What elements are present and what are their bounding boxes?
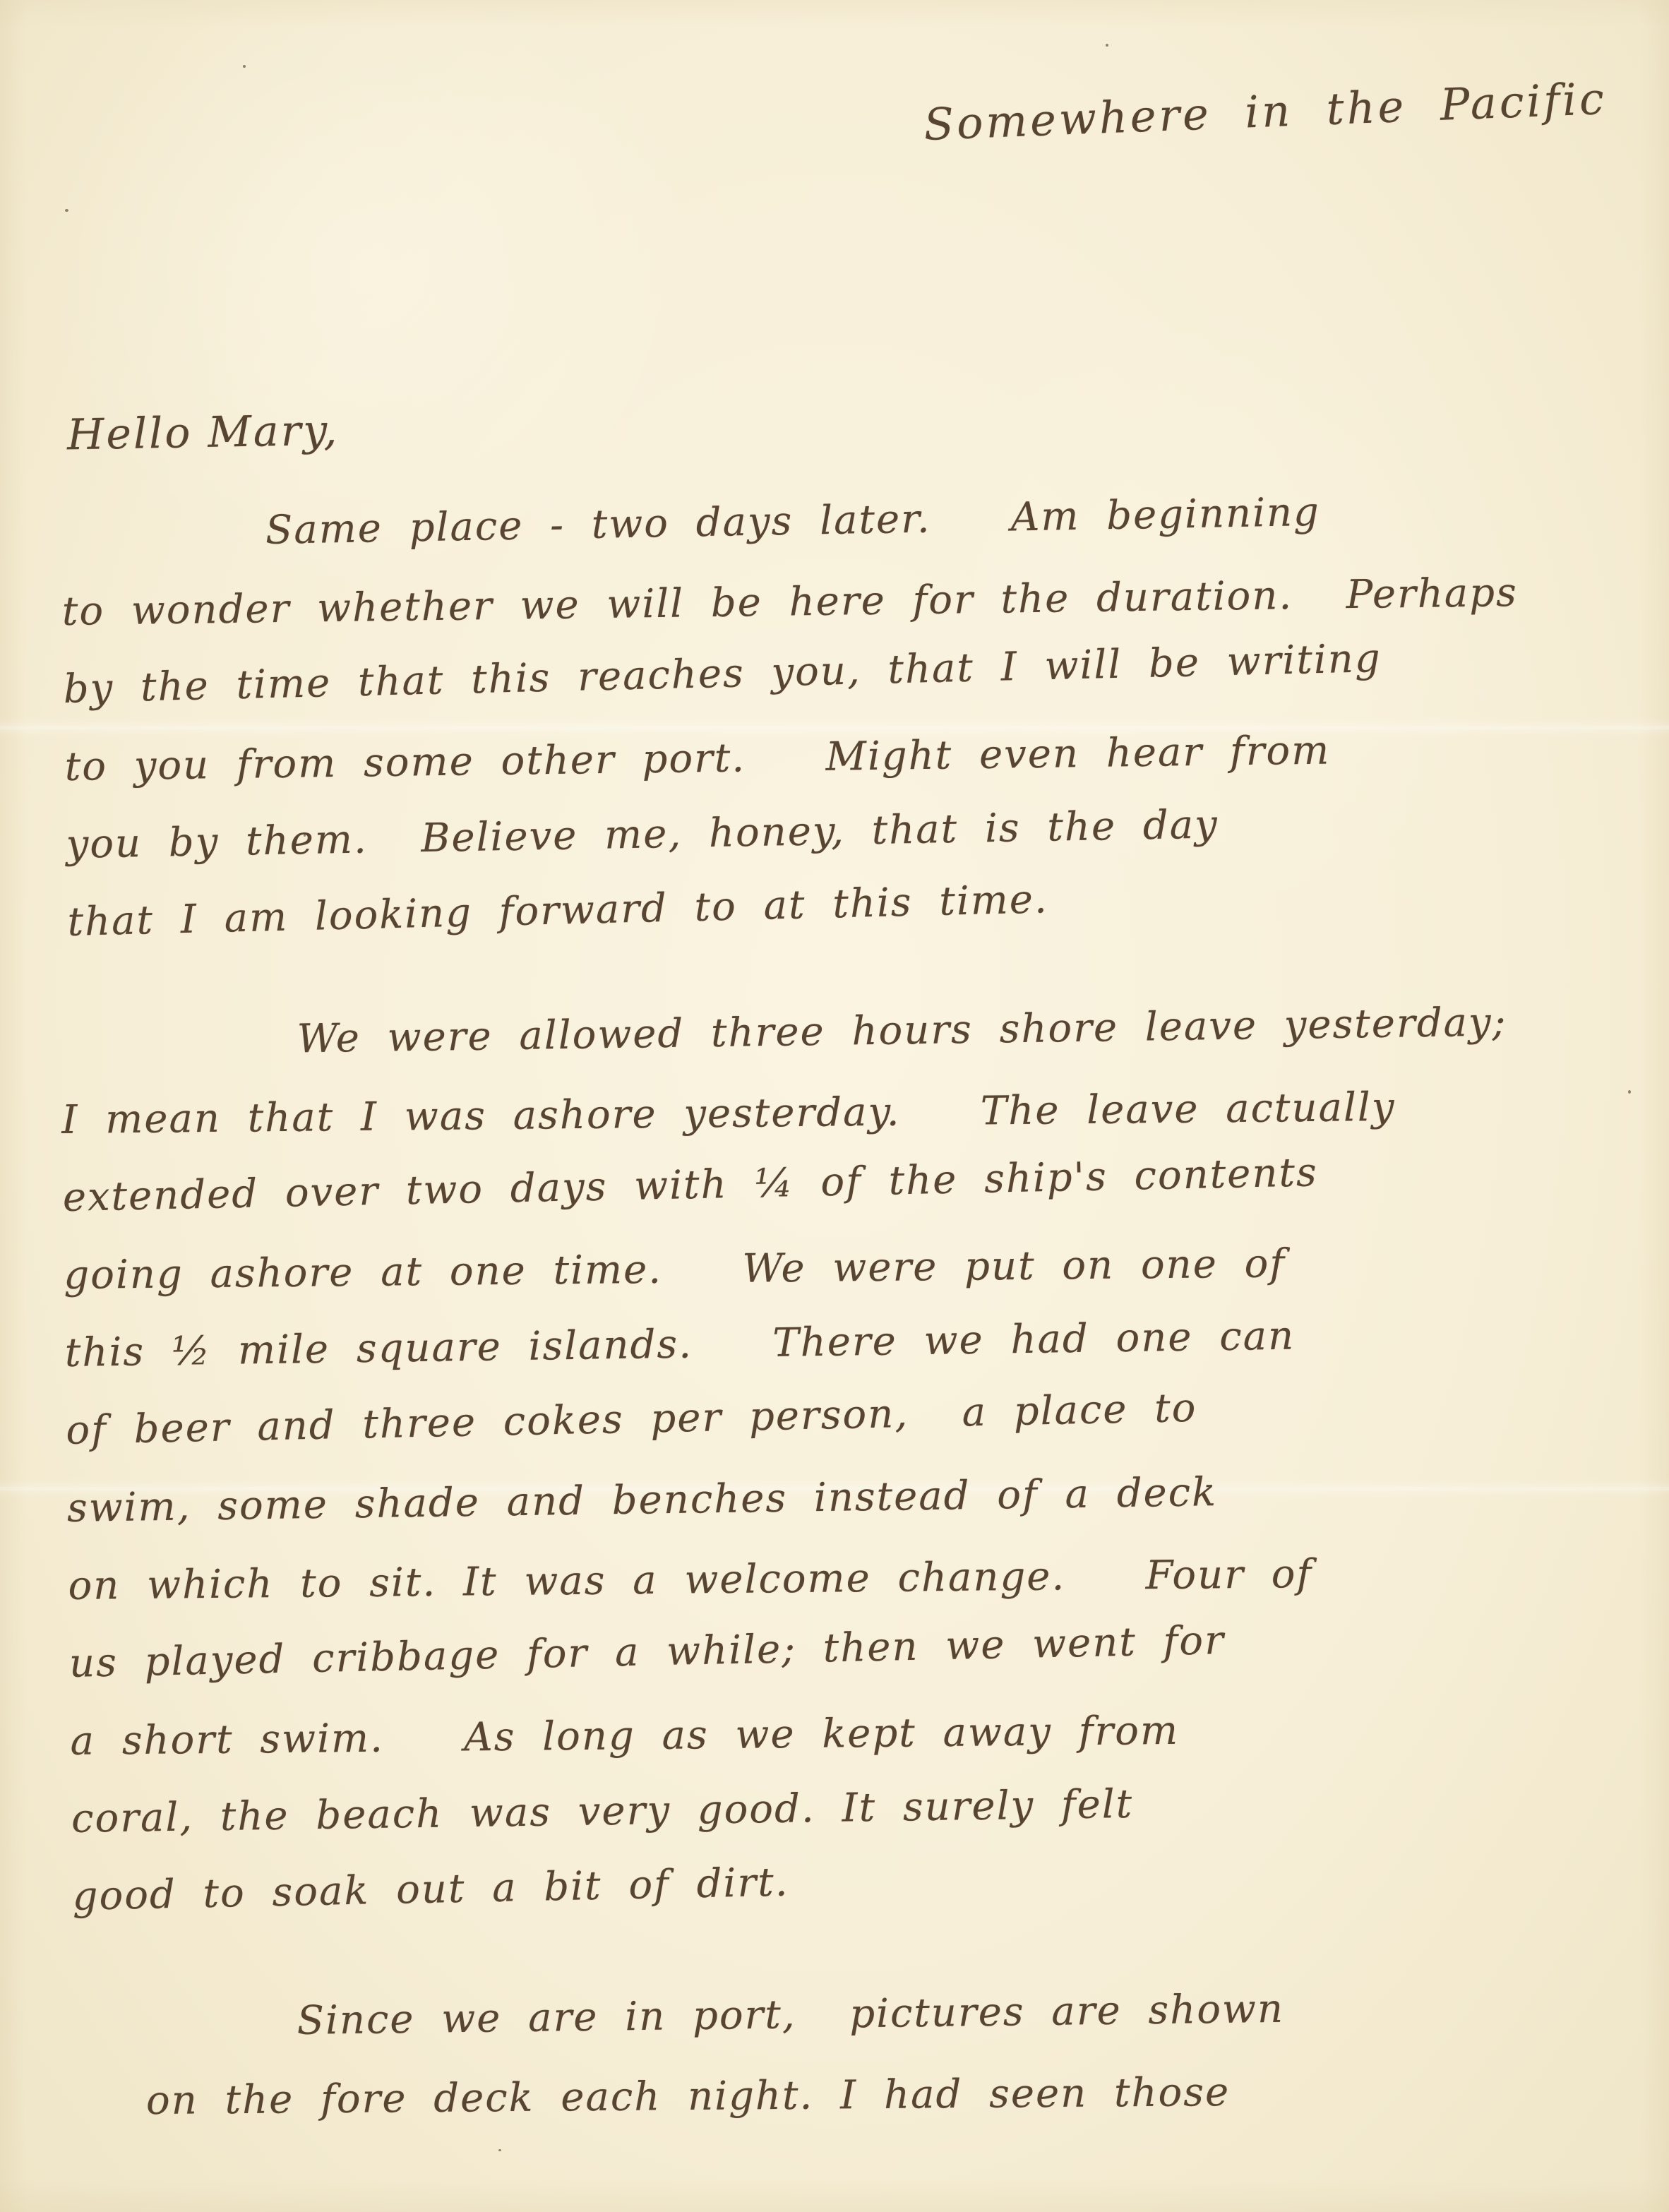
letter-line: a short swim. As long as we kept away fr… [70,1688,1641,1781]
paper-speck [498,2149,501,2151]
letter-line: going ashore at one time. We were put on… [64,1222,1634,1315]
paper-speck [1106,44,1108,47]
letter-paragraph-1: Same place - two days later. Am beginnin… [60,468,1638,962]
letter-dateline: Somewhere in the Pacific [923,73,1608,150]
letter-paragraph-3: Since we are in port, pictures are shown… [60,1966,1632,2141]
letter-page: Somewhere in the Pacific Hello Mary, Sam… [0,0,1669,2212]
letter-line: We were allowed three hours shore leave … [60,982,1631,1082]
paper-speck [65,209,68,212]
paper-speck [243,65,246,68]
letter-salutation: Hello Mary, [66,406,339,460]
letter-line: Since we are in port, pictures are shown [60,1966,1631,2063]
letter-line: on the fore deck each night. I had seen … [61,2051,1632,2141]
letter-paragraph-2: We were allowed three hours shore leave … [60,982,1643,1936]
